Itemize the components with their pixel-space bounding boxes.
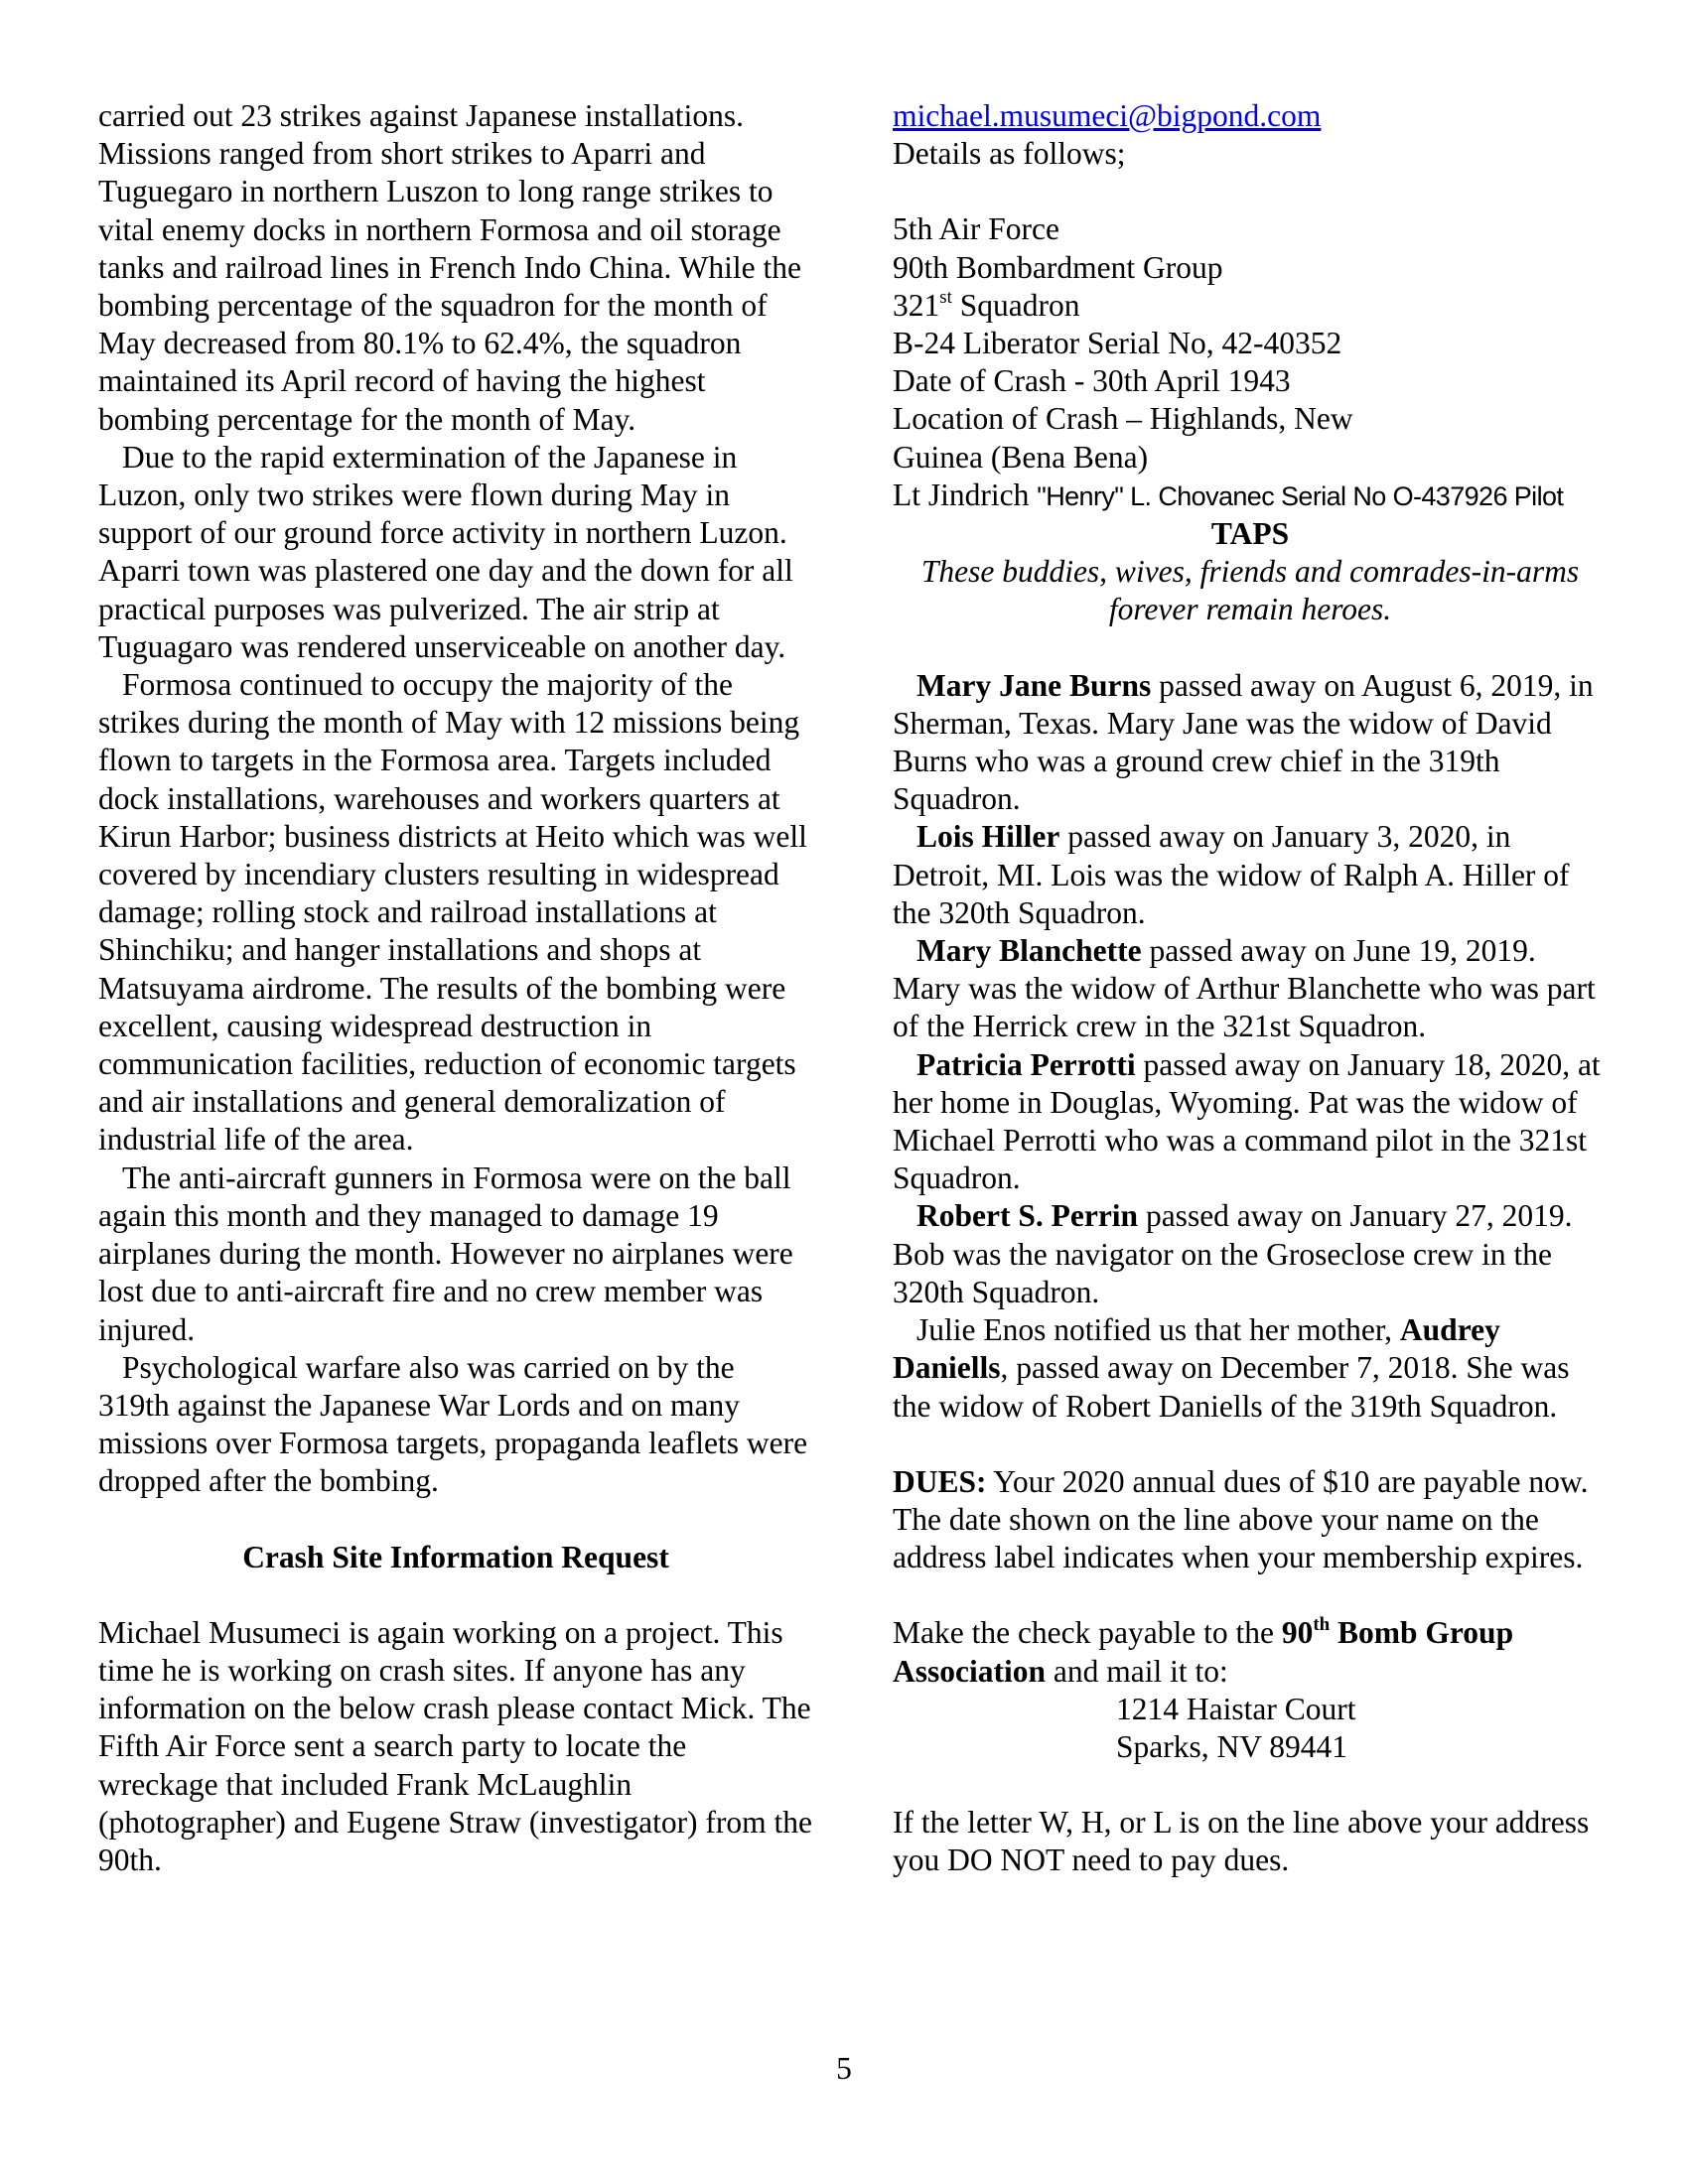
taps-entry-prefix: Julie Enos notified us that her mother, bbox=[916, 1312, 1400, 1347]
squadron-number: 321 bbox=[893, 288, 939, 323]
dues-label: DUES: bbox=[893, 1464, 987, 1499]
squadron-label: Squadron bbox=[952, 288, 1080, 323]
taps-entry-name: Robert S. Perrin bbox=[916, 1198, 1138, 1233]
taps-entry: Mary Jane Burns passed away on August 6,… bbox=[893, 667, 1608, 819]
check-payable-paragraph: Make the check payable to the 90th Bomb … bbox=[893, 1614, 1608, 1690]
taps-entry-name: Lois Hiller bbox=[916, 819, 1059, 854]
taps-list: Mary Jane Burns passed away on August 6,… bbox=[893, 667, 1608, 1426]
taps-entry-name: Mary Blanchette bbox=[916, 933, 1142, 968]
right-column: michael.musumeci@bigpond.com Details as … bbox=[893, 97, 1608, 1880]
taps-entry: Robert S. Perrin passed away on January … bbox=[893, 1197, 1608, 1311]
paragraph-strikes: carried out 23 strikes against Japanese … bbox=[98, 97, 813, 439]
paragraph-formosa: Formosa continued to occupy the majority… bbox=[98, 666, 813, 1160]
crash-details: 5th Air Force 90th Bombardment Group 321… bbox=[893, 210, 1608, 515]
detail-group: 90th Bombardment Group bbox=[893, 249, 1608, 287]
email-link[interactable]: michael.musumeci@bigpond.com bbox=[893, 98, 1321, 133]
dues-paragraph: DUES: Your 2020 annual dues of $10 are p… bbox=[893, 1463, 1608, 1577]
paragraph-anti-aircraft: The anti-aircraft gunners in Formosa wer… bbox=[98, 1160, 813, 1349]
address-line-1: 1214 Haistar Court bbox=[893, 1691, 1608, 1728]
detail-air-force: 5th Air Force bbox=[893, 210, 1608, 248]
squadron-suffix: st bbox=[939, 287, 952, 308]
detail-pilot: Lt Jindrich "Henry" L. Chovanec Serial N… bbox=[893, 477, 1608, 515]
org-number: 90 bbox=[1282, 1615, 1314, 1650]
dues-exemption: If the letter W, H, or L is on the line … bbox=[893, 1804, 1608, 1879]
taps-heading: TAPS bbox=[893, 515, 1608, 553]
check-prefix: Make the check payable to the bbox=[893, 1615, 1282, 1650]
detail-date: Date of Crash - 30th April 1943 bbox=[893, 362, 1608, 400]
dues-text: Your 2020 annual dues of $10 are payable… bbox=[893, 1464, 1588, 1574]
taps-entry: Mary Blanchette passed away on June 19, … bbox=[893, 932, 1608, 1046]
address-line-2: Sparks, NV 89441 bbox=[893, 1728, 1608, 1766]
page-number: 5 bbox=[0, 2050, 1688, 2088]
taps-entry: Patricia Perrotti passed away on January… bbox=[893, 1046, 1608, 1198]
taps-entry-name: Mary Jane Burns bbox=[916, 668, 1151, 703]
taps-entry-name: Patricia Perrotti bbox=[916, 1047, 1136, 1082]
check-suffix: and mail it to: bbox=[1046, 1654, 1228, 1689]
org-suffix: th bbox=[1313, 1614, 1330, 1635]
detail-squadron: 321st Squadron bbox=[893, 287, 1608, 325]
detail-aircraft: B-24 Liberator Serial No, 42-40352 bbox=[893, 325, 1608, 362]
pilot-name-serial: "Henry" L. Chovanec Serial No O-437926 P… bbox=[1037, 481, 1563, 511]
detail-location-1: Location of Crash – Highlands, New bbox=[893, 400, 1608, 438]
crash-site-heading: Crash Site Information Request bbox=[98, 1539, 813, 1576]
paragraph-luzon: Due to the rapid extermination of the Ja… bbox=[98, 439, 813, 666]
detail-location-2: Guinea (Bena Bena) bbox=[893, 439, 1608, 477]
left-column: carried out 23 strikes against Japanese … bbox=[98, 97, 813, 1879]
taps-entry: Lois Hiller passed away on January 3, 20… bbox=[893, 818, 1608, 932]
taps-subtitle: These buddies, wives, friends and comrad… bbox=[893, 553, 1608, 628]
details-intro: Details as follows; bbox=[893, 135, 1608, 173]
taps-entry: Julie Enos notified us that her mother, … bbox=[893, 1311, 1608, 1426]
paragraph-psychological-warfare: Psychological warfare also was carried o… bbox=[98, 1349, 813, 1501]
crash-site-body: Michael Musumeci is again working on a p… bbox=[98, 1614, 813, 1879]
pilot-prefix: Lt Jindrich bbox=[893, 478, 1037, 512]
